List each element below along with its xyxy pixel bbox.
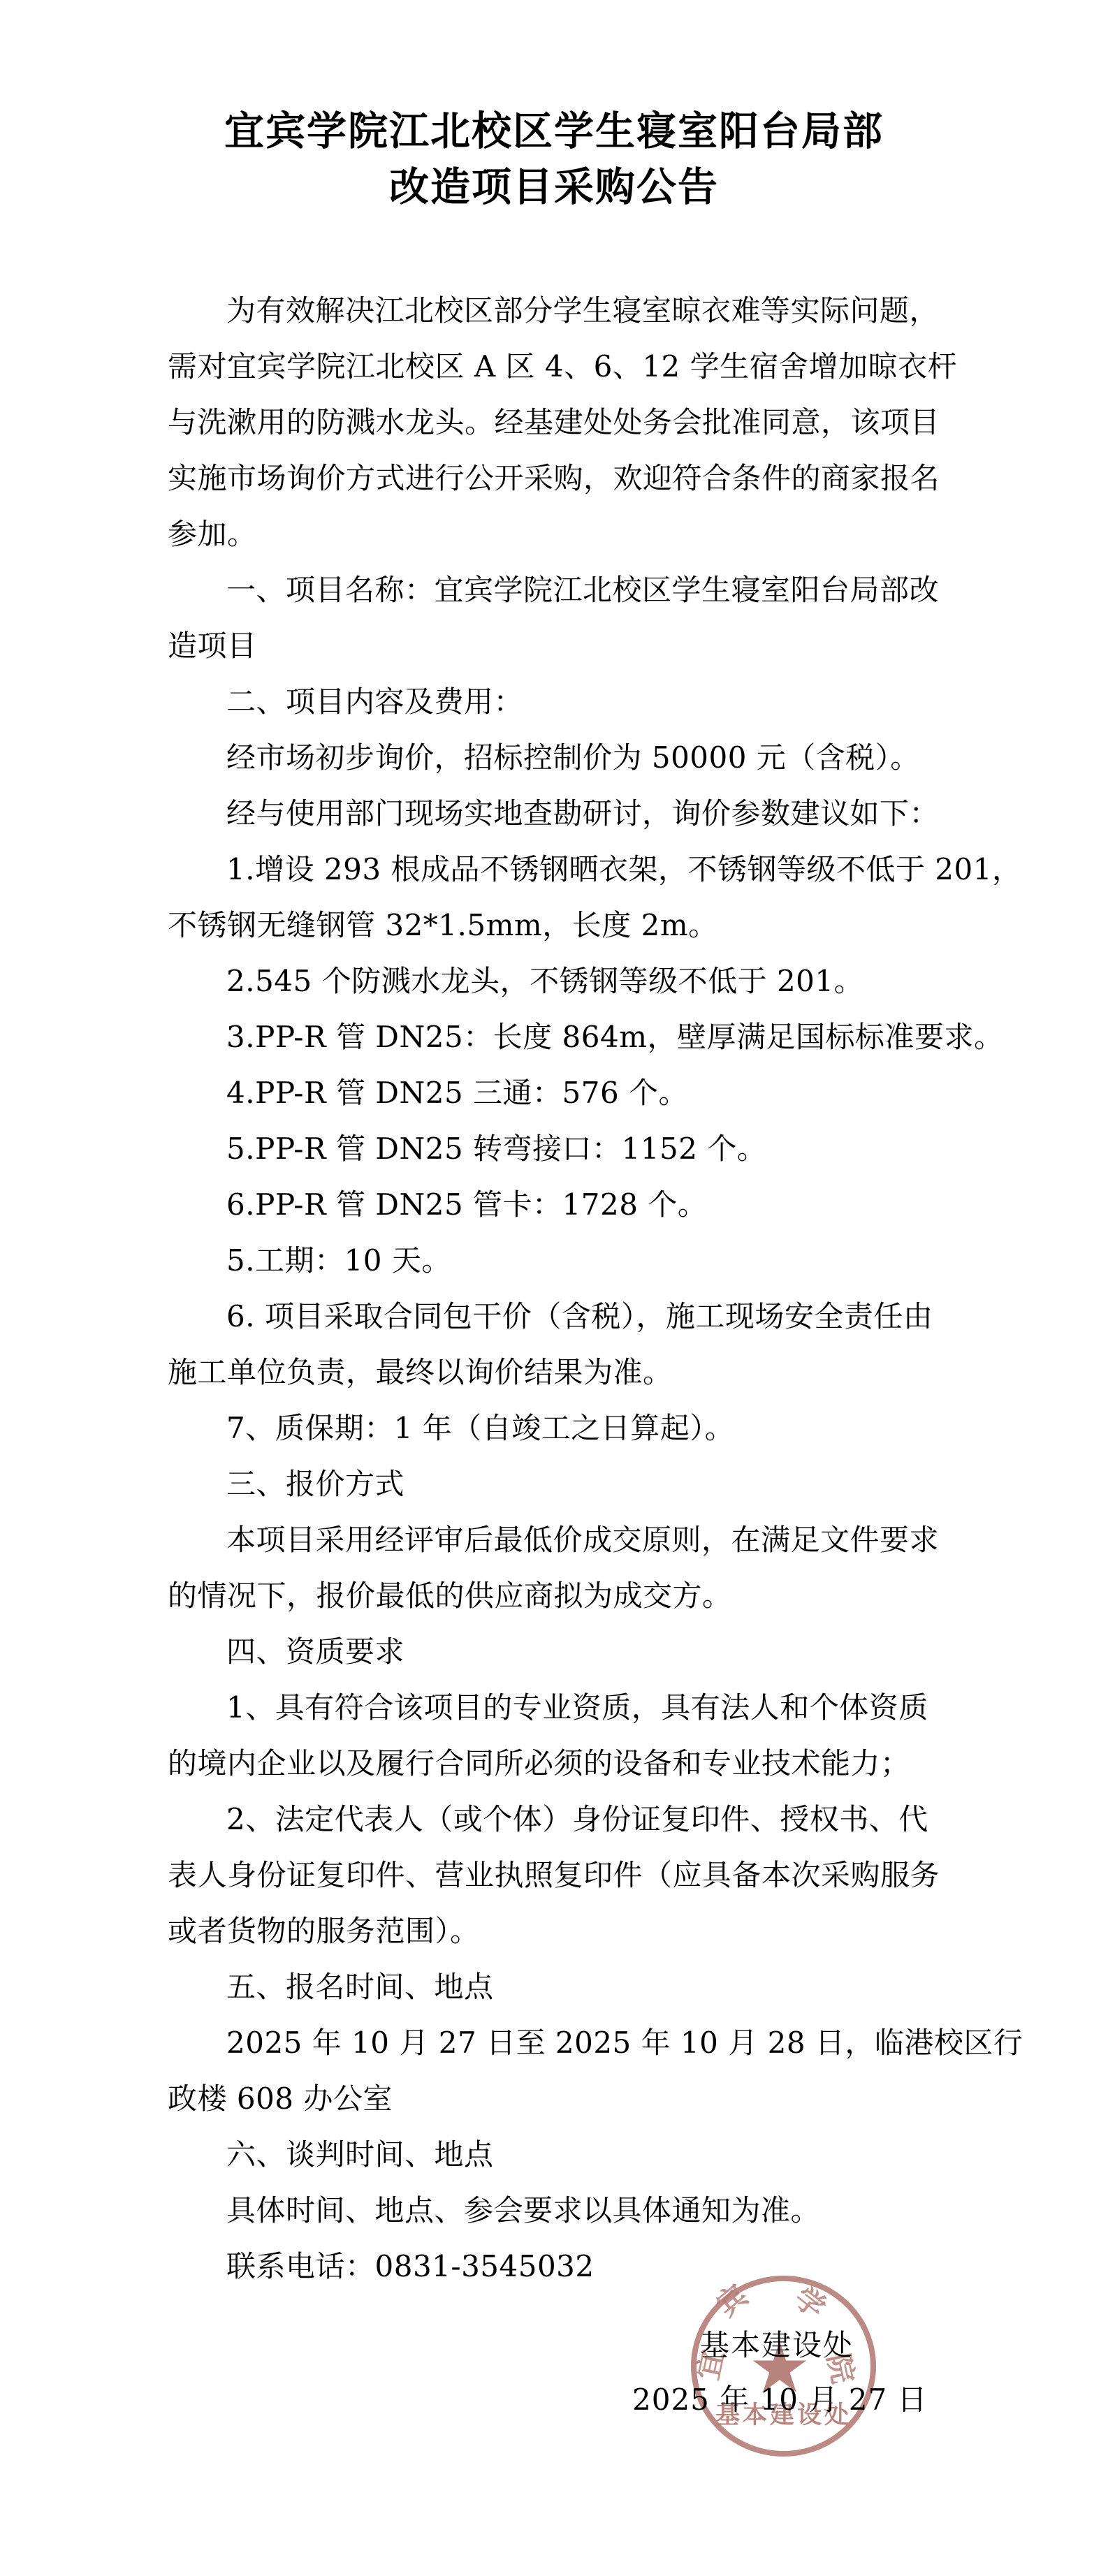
body-line: 三、报价方式	[168, 1456, 945, 1512]
body-line: 5.工期：10 天。	[168, 1233, 945, 1289]
body-line: 4.PP-R 管 DN25 三通：576 个。	[168, 1065, 945, 1121]
body-line: 6. 项目采取合同包干价（含税），施工现场安全责任由	[168, 1289, 945, 1345]
document-page: 宜宾学院江北校区学生寝室阳台局部 改造项目采购公告 为有效解决江北校区部分学生寝…	[0, 0, 1108, 2576]
body-line: 六、谈判时间、地点	[168, 2127, 945, 2183]
body-line: 政楼 608 办公室	[168, 2071, 945, 2127]
signature-department: 基本建设处	[700, 2322, 854, 2364]
body-line: 具体时间、地点、参会要求以具体通知为准。	[168, 2183, 945, 2239]
body-line: 造项目	[168, 618, 945, 674]
document-title: 宜宾学院江北校区学生寝室阳台局部 改造项目采购公告	[0, 103, 1108, 215]
body-line: 3.PP-R 管 DN25：长度 864m，壁厚满足国标标准要求。	[168, 1009, 945, 1065]
body-line: 的境内企业以及履行合同所必须的设备和专业技术能力；	[168, 1736, 945, 1792]
document-body: 为有效解决江北校区部分学生寝室晾衣难等实际问题，需对宜宾学院江北校区 A 区 4…	[168, 283, 945, 2295]
body-line: 的情况下，报价最低的供应商拟为成交方。	[168, 1568, 945, 1624]
body-line: 1.增设 293 根成品不锈钢晒衣架，不锈钢等级不低于 201，	[168, 842, 945, 898]
body-line: 一、项目名称：宜宾学院江北校区学生寝室阳台局部改	[168, 562, 945, 618]
body-line: 6.PP-R 管 DN25 管卡：1728 个。	[168, 1177, 945, 1233]
body-line: 实施市场询价方式进行公开采购，欢迎符合条件的商家报名	[168, 451, 945, 506]
stamp-arc-char: 学	[788, 2281, 831, 2325]
body-line: 不锈钢无缝钢管 32*1.5mm，长度 2m。	[168, 898, 945, 953]
document-title-line2: 改造项目采购公告	[0, 159, 1108, 215]
body-line: 本项目采用经评审后最低价成交原则，在满足文件要求	[168, 1512, 945, 1568]
body-line: 表人身份证复印件、营业执照复印件（应具备本次采购服务	[168, 1847, 945, 1903]
body-line: 经市场初步询价，招标控制价为 50000 元（含税）。	[168, 730, 945, 786]
body-line: 五、报名时间、地点	[168, 1959, 945, 2015]
body-line: 1、具有符合该项目的专业资质，具有法人和个体资质	[168, 1680, 945, 1736]
body-line: 二、项目内容及费用：	[168, 674, 945, 730]
body-line: 与洗漱用的防溅水龙头。经基建处处务会批准同意，该项目	[168, 395, 945, 451]
body-line: 或者货物的服务范围）。	[168, 1903, 945, 1959]
body-line: 四、资质要求	[168, 1624, 945, 1680]
body-line: 参加。	[168, 506, 945, 562]
body-line: 需对宜宾学院江北校区 A 区 4、6、12 学生宿舍增加晾衣杆	[168, 339, 945, 395]
body-line: 为有效解决江北校区部分学生寝室晾衣难等实际问题，	[168, 283, 945, 339]
body-line: 5.PP-R 管 DN25 转弯接口：1152 个。	[168, 1121, 945, 1177]
body-line: 施工单位负责，最终以询价结果为准。	[168, 1345, 945, 1400]
body-line: 经与使用部门现场实地查勘研讨，询价参数建议如下：	[168, 786, 945, 842]
body-line: 7、质保期：1 年（自竣工之日算起）。	[168, 1400, 945, 1456]
body-line: 2、法定代表人（或个体）身份证复印件、授权书、代	[168, 1792, 945, 1847]
document-title-line1: 宜宾学院江北校区学生寝室阳台局部	[0, 103, 1108, 159]
body-line: 2025 年 10 月 27 日至 2025 年 10 月 28 日，临港校区行	[168, 2015, 945, 2071]
signature-date: 2025 年 10 月 27 日	[632, 2377, 928, 2419]
body-line: 2.545 个防溅水龙头，不锈钢等级不低于 201。	[168, 953, 945, 1009]
official-stamp: ★ 基本建设处 宜 宾 学 院	[691, 2276, 876, 2457]
